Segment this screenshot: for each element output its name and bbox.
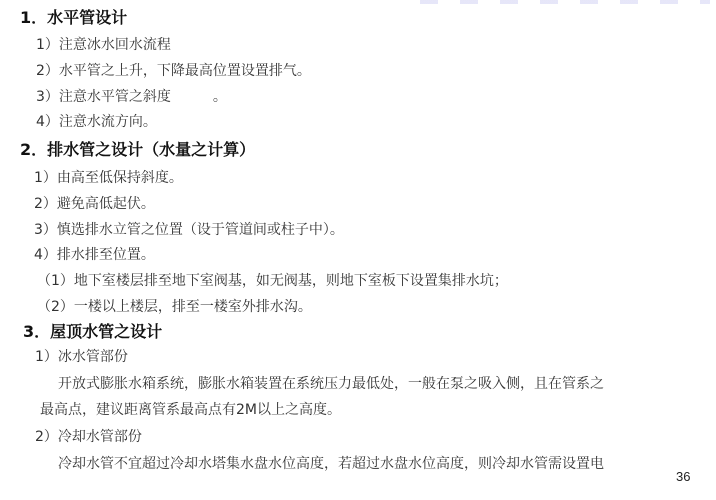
section-2-item-3: 3）慎选排水立管之位置（设于管道间或柱子中）。	[34, 221, 344, 239]
section-1-item-3: 3）注意水平管之斜度 。	[36, 88, 227, 106]
section-1-item-1: 1）注意冰水回水流程	[36, 36, 171, 54]
page-number: 36	[676, 469, 690, 484]
section-2-item-2: 2）避免高低起伏。	[34, 195, 155, 213]
section-3-paragraph-1b: 最高点，建议距离管系最高点有2M以上之高度。	[40, 401, 341, 419]
section-1-item-2: 2）水平管之上升，下降最高位置设置排气。	[36, 62, 311, 80]
section-2-heading: 2．排水管之设计（水量之计算）	[20, 140, 255, 160]
section-2-item-1: 1）由高至低保持斜度。	[34, 169, 183, 187]
section-3-paragraph-1a: 开放式膨胀水箱系统，膨胀水箱装置在系统压力最低处，一般在泵之吸入侧，且在管系之	[58, 375, 604, 393]
section-1-heading: 1．水平管设计	[20, 8, 127, 28]
section-2-item-4: 4）排水排至位置。	[34, 246, 155, 264]
section-3-item-1: 1）冰水管部份	[35, 348, 128, 366]
section-3-heading: 3．屋顶水管之设计	[23, 322, 162, 342]
section-3-item-2: 2）冷却水管部份	[35, 428, 142, 446]
section-3-paragraph-2: 冷却水管不宜超过冷却水塔集水盘水位高度，若超过水盘水位高度，则冷却水管需设置电	[58, 455, 604, 473]
section-1-item-4: 4）注意水流方向。	[36, 113, 157, 131]
section-2-subitem-1: （1）地下室楼层排至地下室阀基，如无阀基，则地下室板下设置集排水坑；	[37, 272, 508, 290]
section-2-subitem-2: （2）一楼以上楼层，排至一楼室外排水沟。	[37, 298, 312, 316]
faded-header-remnant	[420, 0, 710, 4]
